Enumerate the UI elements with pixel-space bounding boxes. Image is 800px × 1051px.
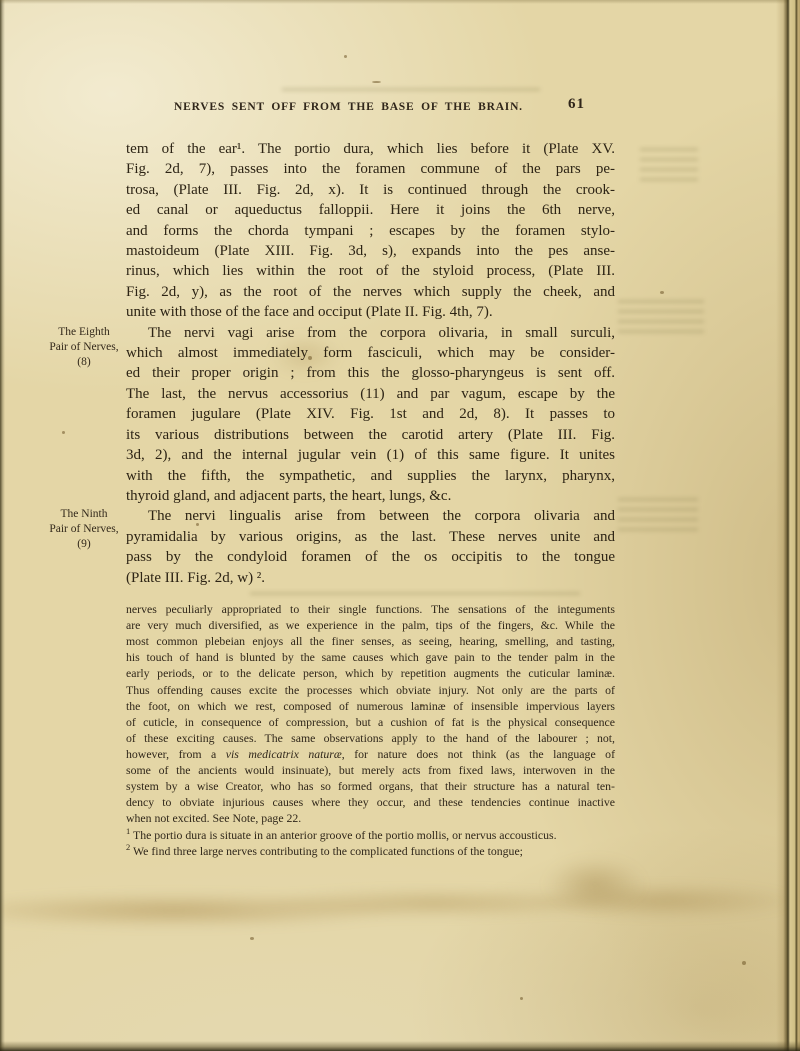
footnote-line-9: of these exciting causes. The same obser… [126, 730, 615, 746]
body-line-p1-8: Fig. 2d, y), as the root of the nerves w… [126, 282, 615, 302]
margin-note-eighth-pair: The EighthPair of Nerves,(8) [40, 325, 128, 371]
foxing-speck [62, 431, 65, 434]
margin-note-ninth-pair: The NinthPair of Nerves,(9) [40, 507, 128, 553]
body-line-p1-1: tem of the ear¹. The portio dura, which … [126, 139, 615, 159]
body-line-p1-7: rinus, which lies within the root of the… [126, 261, 615, 281]
footnote-line-8: of cuticle, in consequence of compressio… [126, 714, 615, 730]
body-line-p2-2: which almost immediately form fasciculi,… [126, 343, 615, 363]
body-line-p1-9: unite with those of the face and occiput… [126, 302, 615, 322]
footnote-line-6: Thus offending causes excite the process… [126, 682, 615, 698]
scan-edge-left [0, 0, 5, 1051]
footnote-marker: 1 [126, 826, 130, 836]
book-page-scan: NERVES SENT OFF FROM THE BASE OF THE BRA… [0, 0, 800, 1051]
footnote-line-10: however, from a vis medicatrix naturæ, f… [126, 746, 615, 762]
body-line-p3-1: The nervi lingualis arise from between t… [126, 506, 615, 526]
foxing-speck [520, 997, 523, 1000]
foxing-speck [660, 291, 664, 294]
bleed-through-smudge [282, 88, 540, 96]
stain-blob [545, 858, 645, 910]
bleed-through-smudge [640, 148, 698, 182]
body-line-p2-4: The last, the nervus accessorius (11) an… [126, 384, 615, 404]
scan-edge-bottom [0, 1041, 800, 1051]
page-number: 61 [568, 96, 585, 113]
foxing-speck [344, 55, 347, 58]
foxing-speck [250, 937, 254, 940]
body-line-p2-9: thyroid gland, and adjacent parts, the h… [126, 486, 615, 506]
body-line-p1-2: Fig. 2d, 7), passes into the foramen com… [126, 159, 615, 179]
body-line-p2-8: with the fifth, the sympathetic, and sup… [126, 466, 615, 486]
body-line-p3-4: (Plate III. Fig. 2d, w) ². [126, 568, 615, 588]
margin-note-line: Pair of Nerves, [40, 522, 128, 537]
bleed-through-smudge [618, 300, 704, 340]
margin-note-line: The Eighth [40, 325, 128, 340]
footnote-line-11: some of the ancients would insinuate), b… [126, 762, 615, 778]
footnote-line-12: system by a wise Creator, who has so for… [126, 778, 615, 794]
foxing-speck [372, 81, 381, 83]
foxing-speck [742, 961, 746, 965]
footnote-italic-phrase: vis medicatrix naturæ [226, 747, 342, 761]
body-line-p1-5: and forms the chorda tympani ; escapes b… [126, 221, 615, 241]
scan-edge-top [0, 0, 800, 4]
body-line-p2-7: 3d, 2), and the internal jugular vein (1… [126, 445, 615, 465]
footnote-text: nerves peculiarly appropriated to their … [126, 601, 615, 859]
footnote-line-5: early periods, or to the delicate person… [126, 665, 615, 681]
footnote-line-4: his touch of hand is blunted by the same… [126, 649, 615, 665]
footnote-line-1: nerves peculiarly appropriated to their … [126, 601, 615, 617]
footnote-line-7: the foot, on which we rest, composed of … [126, 698, 615, 714]
body-line-p2-6: its various distributions between the ca… [126, 425, 615, 445]
body-line-p2-5: foramen jugulare (Plate XIV. Fig. 1st an… [126, 404, 615, 424]
body-line-p1-3: trosa, (Plate III. Fig. 2d, x). It is co… [126, 180, 615, 200]
body-line-p2-3: ed their proper origin ; from this the g… [126, 363, 615, 383]
bleed-through-smudge [618, 498, 698, 536]
footnote-line-13: dency to obviate injurious causes where … [126, 794, 615, 810]
water-stain-band [0, 878, 790, 950]
footnote-text-segment: however, from a [126, 747, 226, 761]
footnote-text-segment: , for nature does not think (as the lang… [342, 747, 615, 761]
footnote-note-2: 2 We find three large nerves contributin… [126, 843, 615, 859]
running-header: NERVES SENT OFF FROM THE BASE OF THE BRA… [174, 101, 523, 113]
margin-note-line: (8) [40, 355, 128, 370]
body-text: tem of the ear¹. The portio dura, which … [126, 139, 615, 588]
body-line-p3-2: pyramidalia by various origins, as the l… [126, 527, 615, 547]
footnote-line-3: most common plebeian enjoys all the fine… [126, 633, 615, 649]
body-line-p2-1: The nervi vagi arise from the corpora ol… [126, 323, 615, 343]
margin-note-line: (9) [40, 537, 128, 552]
margin-note-line: The Ninth [40, 507, 128, 522]
footnote-marker: 2 [126, 842, 130, 852]
body-line-p1-4: ed canal or aqueductus falloppii. Here i… [126, 200, 615, 220]
body-line-p3-3: pass by the condyloid foramen of the os … [126, 547, 615, 567]
margin-note-line: Pair of Nerves, [40, 340, 128, 355]
footnote-line-2: are very much diversified, as we experie… [126, 617, 615, 633]
bleed-through-smudge [250, 592, 580, 599]
page-edge-right [776, 0, 800, 1051]
footnote-note-1: 1 The portio dura is situate in an anter… [126, 827, 615, 843]
footnote-line-14: when not excited. See Note, page 22. [126, 810, 615, 826]
body-line-p1-6: mastoideum (Plate XIII. Fig. 3d, s), exp… [126, 241, 615, 261]
